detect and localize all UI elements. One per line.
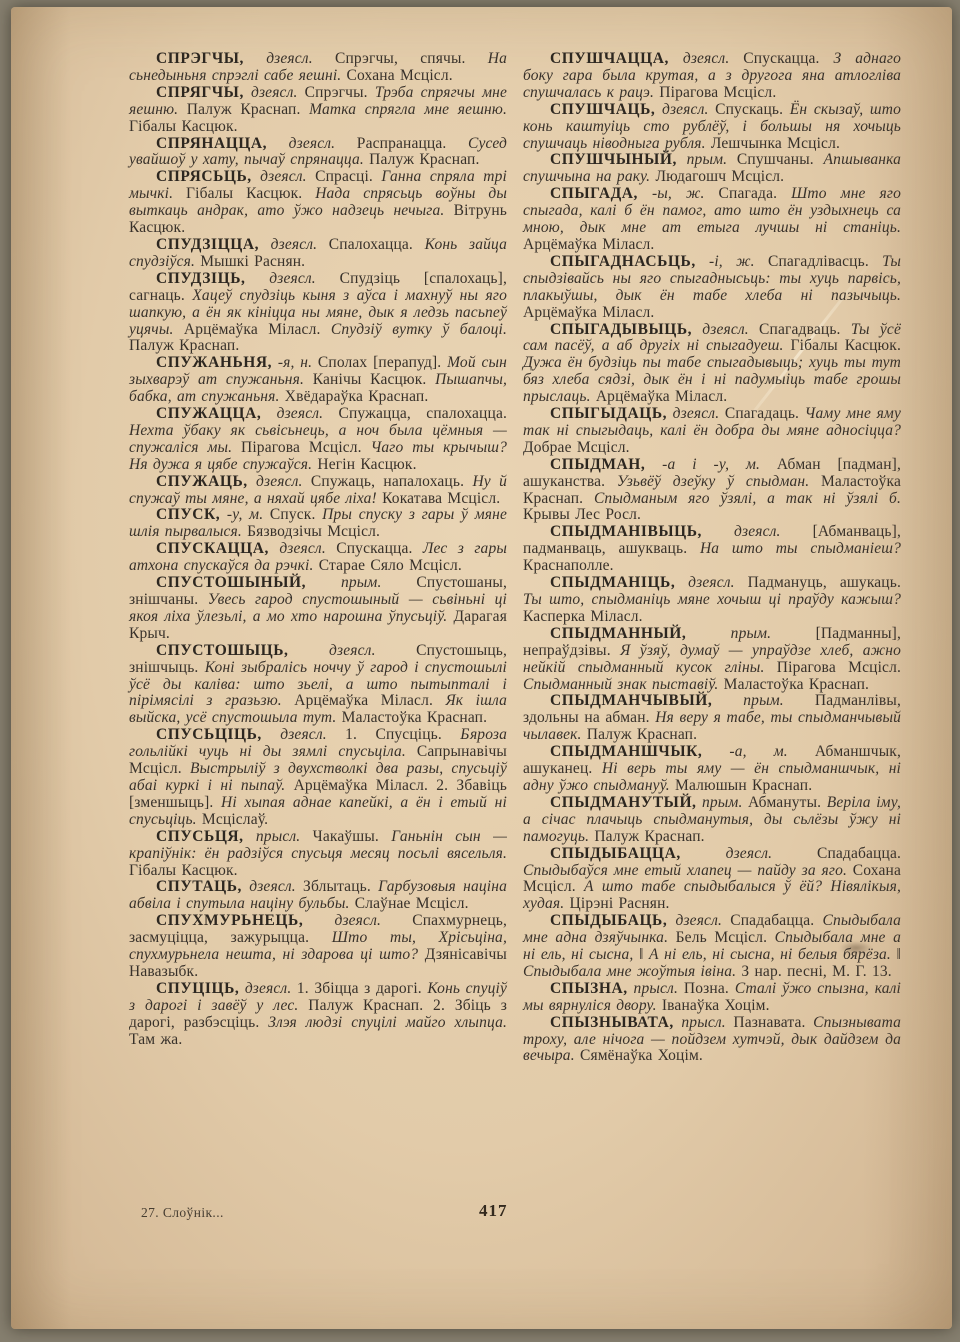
headword: СПРЯСЬЦЬ, bbox=[156, 168, 252, 185]
column-left: СПРЭГЧЫ, дзеясл. Спрэгчы, спячы. На сьне… bbox=[129, 51, 507, 1065]
entry-text: Краснаполле. bbox=[523, 557, 614, 574]
entry-text: Малюшын Краснап. bbox=[670, 777, 812, 794]
footer-signature: 27. Слоўнік... bbox=[141, 1205, 224, 1221]
entry-text: Кокатава Мсцісл. bbox=[377, 490, 500, 507]
headword: СПЫДМАНШЧЫК, bbox=[550, 743, 702, 760]
headword: СПУЦІЦЬ, bbox=[156, 980, 239, 997]
entry-text: Чакаўшы. bbox=[300, 828, 391, 845]
entry-text: Спагадваць. bbox=[749, 321, 851, 338]
dictionary-entry: СПРЭГЧЫ, дзеясл. Спрэгчы, спячы. На сьне… bbox=[129, 51, 507, 85]
dictionary-entry: СПУДЗІЦЦА, дзеясл. Спалохацца. Конь зайц… bbox=[129, 237, 507, 271]
entry-text: Спагадаць. bbox=[719, 405, 804, 422]
dictionary-entry: СПУЖАНЬНЯ, -я, н. Сполах [перапуд]. Мой … bbox=[129, 355, 507, 406]
dictionary-entry: СПУШЧАЦЬ, дзеясл. Спускаць. Ён скызаў, ш… bbox=[523, 102, 901, 153]
dictionary-entry: СПЫГЫДАЦЬ, дзеясл. Спагадаць. Чаму мне я… bbox=[523, 406, 901, 457]
headword: СПЫДМАНІВЫЦЬ, bbox=[550, 523, 702, 540]
entry-italic-text: Матка спрягла мне яешню. bbox=[309, 101, 507, 118]
dictionary-entry: СПУСТОШЫЦЬ, дзеясл. Спустошыць, знішчыць… bbox=[129, 643, 507, 728]
entry-text: Людагошч Мсцісл. bbox=[650, 168, 784, 185]
entry-italic-text: дзеясл. bbox=[667, 912, 722, 929]
entry-text: Канічы Касцюк. bbox=[304, 371, 435, 388]
entry-italic-text: прысл. bbox=[628, 980, 678, 997]
entry-italic-text: дзеясл. bbox=[242, 878, 296, 895]
entry-italic-text: дзеясл. bbox=[239, 980, 291, 997]
dictionary-entry: СПЫДМАНУТЫЙ, прым. Абмануты. Веріла іму,… bbox=[523, 795, 901, 846]
entry-italic-text: Спыдыбаўся мне етый хлапец — пайду за яг… bbox=[523, 862, 847, 879]
entry-italic-text: -у, м. bbox=[220, 506, 263, 523]
entry-italic-text: дзеясл. bbox=[655, 101, 708, 118]
headword: СПЫДМАННЫЙ, bbox=[550, 625, 686, 642]
entry-text: Хвёдараўка Краснап. bbox=[280, 388, 429, 405]
dictionary-entry: СПРЯГЧЫ, дзеясл. Спрэгчы. Трэба спрягчы … bbox=[129, 85, 507, 136]
entry-italic-text: прысл. bbox=[244, 828, 301, 845]
dictionary-entry: СПУСЬЦІЦЬ, дзеясл. 1. Спусціць. Бяроза г… bbox=[129, 727, 507, 828]
headword: СПУДЗІЦЦА, bbox=[156, 236, 259, 253]
entry-text: 1. Спусціць. bbox=[327, 726, 461, 743]
entry-text: Падмануць, ашукаць. bbox=[735, 574, 901, 591]
entry-italic-text: прысл. bbox=[674, 1014, 726, 1031]
headword: СПУСЬЦЯ, bbox=[156, 828, 244, 845]
entry-text: Спускацца. bbox=[326, 540, 423, 557]
page-content: СПРЭГЧЫ, дзеясл. Спрэгчы, спячы. На сьне… bbox=[129, 51, 901, 1065]
entry-italic-text: дзеясл. bbox=[244, 84, 298, 101]
entry-italic-text: дзеясл. bbox=[303, 912, 381, 929]
dictionary-entry: СПУЖАЦЦА, дзеясл. Спужацца, спалохацца. … bbox=[129, 406, 507, 474]
dictionary-entry: СПРЯСЬЦЬ, дзеясл. Спрасці. Ганна спряла … bbox=[129, 169, 507, 237]
dictionary-entry: СПРЯНАЦЦА, дзеясл. Распранацца. Сусед ув… bbox=[129, 136, 507, 170]
entry-text: Бель Мсцісл. bbox=[668, 929, 775, 946]
dictionary-entry: СПУЖАЦЬ, дзеясл. Спужаць, напалохаць. Ну… bbox=[129, 474, 507, 508]
headword: СПУДЗІЦЬ, bbox=[156, 270, 245, 287]
entry-italic-text: -ы, ж. bbox=[638, 185, 705, 202]
dictionary-entry: СПЫДЫБАЦЦА, дзеясл. Спадабацца. Спыдыбаў… bbox=[523, 846, 901, 914]
entry-text: Арцёмаўка Міласл. bbox=[523, 304, 654, 321]
column-right: СПУШЧАЦЦА, дзеясл. Спускацца. З аднаго б… bbox=[523, 51, 901, 1065]
headword: СПЫЗНА, bbox=[550, 980, 628, 997]
headword: СПРЭГЧЫ, bbox=[156, 50, 244, 67]
entry-italic-text: -я, н. bbox=[272, 354, 312, 371]
entry-text: Гібалы Касцюк. bbox=[784, 337, 901, 354]
headword: СПЫЗНЫВАТА, bbox=[550, 1014, 674, 1031]
entry-italic-text: дзеясл. bbox=[702, 523, 781, 540]
headword: СПРЯГЧЫ, bbox=[156, 84, 244, 101]
entry-text: Сохана Мсцісл. bbox=[341, 67, 452, 84]
headword: СПЫДМАНІЦЬ, bbox=[550, 574, 675, 591]
entry-text: Гібалы Касцюк. bbox=[129, 118, 238, 135]
entry-italic-text: -і, ж. bbox=[696, 253, 755, 270]
entry-italic-text: -а, м. bbox=[702, 743, 787, 760]
entry-italic-text: прым. bbox=[677, 151, 727, 168]
dictionary-entry: СПУШЧАЦЦА, дзеясл. Спускацца. З аднаго б… bbox=[523, 51, 901, 102]
entry-italic-text: прым. bbox=[686, 625, 771, 642]
dictionary-entry: СПУЦІЦЬ, дзеясл. 1. Збіцца з дарогі. Кон… bbox=[129, 981, 507, 1049]
headword: СПЫГАДА, bbox=[550, 185, 638, 202]
dictionary-entry: СПЫЗНА, прысл. Позна. Сталі ўжо спызна, … bbox=[523, 981, 901, 1015]
dictionary-entry: СПЫГАДА, -ы, ж. Спагада. Што мне яго спы… bbox=[523, 186, 901, 254]
entry-text: Спрэгчы, спячы. bbox=[313, 50, 488, 67]
dictionary-entry: СПУСТОШЫНЫЙ, прым. Спустошаны, знішчаны.… bbox=[129, 575, 507, 643]
dictionary-entry: СПЫДМАНШЧЫК, -а, м. Абманшчык, ашуканец.… bbox=[523, 744, 901, 795]
entry-italic-text: дзеясл. bbox=[667, 405, 719, 422]
headword: СПУСТОШЫЦЬ, bbox=[156, 642, 288, 659]
entry-text: Спуск. bbox=[263, 506, 322, 523]
entry-italic-text: дзеясл. bbox=[259, 236, 317, 253]
entry-text: Спалохацца. bbox=[317, 236, 424, 253]
headword: СПУШЧАЦЬ, bbox=[550, 101, 655, 118]
entry-text: Спушчаны. bbox=[727, 151, 823, 168]
entry-text: Палуж Краснап. bbox=[589, 828, 705, 845]
entry-italic-text: дзеясл. bbox=[245, 270, 315, 287]
headword: СПУСКАЦЦА, bbox=[156, 540, 269, 557]
entry-italic-text: Спудзіў вутку ў балоці. bbox=[331, 321, 507, 338]
entry-italic-text: дзеясл. bbox=[248, 473, 303, 490]
entry-text: Пірагова Мсцісл. bbox=[764, 659, 901, 676]
entry-italic-text: дзеясл. bbox=[288, 642, 375, 659]
entry-italic-text: дзеясл. bbox=[267, 135, 335, 152]
dictionary-entry: СПУТАЦЬ, дзеясл. Зблытаць. Гарбузовыя на… bbox=[129, 879, 507, 913]
headword: СПЫДМАНУТЫЙ, bbox=[550, 794, 696, 811]
headword: СПУЖАЦЬ, bbox=[156, 473, 248, 490]
headword: СПЫДЫБАЦЦА, bbox=[550, 845, 681, 862]
entry-text: Арцёмаўка Міласл. bbox=[591, 388, 728, 405]
entry-text: 1. Збіцца з дарогі. bbox=[291, 980, 427, 997]
entry-text: Цірэні Раснян. bbox=[564, 895, 669, 912]
dictionary-entry: СПУСЬЦЯ, прысл. Чакаўшы. Ганьнін сын — к… bbox=[129, 829, 507, 880]
entry-text: Палуж Краснап. bbox=[178, 101, 309, 118]
dictionary-entry: СПУСКАЦЦА, дзеясл. Спускацца. Лес з гары… bbox=[129, 541, 507, 575]
entry-italic-text: Ты што, спыдманіць мяне хочыш ці праўду … bbox=[523, 591, 901, 608]
dictionary-entry: СПУСК, -у, м. Спуск. Пры спуску з гары ў… bbox=[129, 507, 507, 541]
entry-text: Мсціслаў. bbox=[197, 811, 268, 828]
entry-text: Добрае Мсцісл. bbox=[523, 439, 630, 456]
headword: СПЫДМАНЧЫВЫЙ, bbox=[550, 692, 712, 709]
entry-text: Бязводзічы Мсцісл. bbox=[242, 523, 380, 540]
entry-text: Спадабацца. bbox=[772, 845, 901, 862]
page-footer: 27. Слоўнік... 417 bbox=[141, 1201, 901, 1225]
entry-italic-text: Спыдманный знак пыставіў. bbox=[523, 676, 718, 693]
entry-text: Іванаўка Хоцім. bbox=[657, 997, 770, 1014]
entry-italic-text: дзеясл. bbox=[669, 50, 729, 67]
entry-text: Палуж Краснап. bbox=[582, 726, 698, 743]
headword: СПУЖАНЬНЯ, bbox=[156, 354, 272, 371]
entry-italic-text: прым. bbox=[696, 794, 742, 811]
entry-italic-text: дзеясл. bbox=[692, 321, 749, 338]
headword: СПЫДЫБАЦЬ, bbox=[550, 912, 667, 929]
entry-text: Гібалы Касцюк. bbox=[129, 862, 238, 879]
entry-text: Маластоўка Краснап. bbox=[336, 709, 487, 726]
entry-text: Сполах [перапуд]. bbox=[312, 354, 447, 371]
page-number: 417 bbox=[479, 1201, 508, 1221]
entry-text: Касперка Міласл. bbox=[523, 608, 643, 625]
dictionary-entry: СПУХМУРЬНЕЦЬ, дзеясл. Спахмурнець, засму… bbox=[129, 913, 507, 981]
entry-text: Спужаць, напалохаць. bbox=[303, 473, 473, 490]
entry-text: Лешчынка Мсцісл. bbox=[706, 135, 840, 152]
entry-italic-text: дзеясл. bbox=[681, 845, 772, 862]
entry-text: Негін Касцюк. bbox=[312, 456, 416, 473]
entry-italic-text: дзеясл. bbox=[261, 405, 323, 422]
entry-text: Распранацца. bbox=[335, 135, 468, 152]
dictionary-entry: СПЫДЫБАЦЬ, дзеясл. Спадабацца. Спыдыбала… bbox=[523, 913, 901, 981]
dictionary-entry: СПЫДМАНІВЫЦЬ, дзеясл. [Абманваць], падма… bbox=[523, 524, 901, 575]
dictionary-entry: СПЫДМАНІЦЬ, дзеясл. Падмануць, ашукаць. … bbox=[523, 575, 901, 626]
headword: СПЫДМАН, bbox=[550, 456, 645, 473]
entry-italic-text: дзеясл. bbox=[675, 574, 734, 591]
entry-text: Пірагова Мсцісл. bbox=[654, 84, 776, 101]
dictionary-entry: СПЫЗНЫВАТА, прысл. Пазнавата. Спызнывата… bbox=[523, 1015, 901, 1066]
entry-italic-text: Злэя людзі спуцілі майго хлыпца. bbox=[268, 1014, 507, 1031]
entry-text: Слаўнае Мсцісл. bbox=[350, 895, 469, 912]
entry-italic-text: На што ты спыдманіеш? bbox=[700, 540, 901, 557]
entry-text: Палуж Краснап. bbox=[364, 151, 480, 168]
entry-text: Там жа. bbox=[129, 1031, 182, 1048]
dictionary-entry: СПЫГАДНАСЬЦЬ, -і, ж. Спагадлівасць. Ты с… bbox=[523, 254, 901, 322]
entry-text: Спускаць. bbox=[709, 101, 790, 118]
entry-italic-text: Узьвёў дзеўку ў спыдман. bbox=[617, 473, 809, 490]
entry-text: Арцёмаўка Міласл. bbox=[282, 692, 446, 709]
entry-text: Маластоўка Краснап. bbox=[718, 676, 869, 693]
entry-italic-text: Спыдманым яго ўзялі, а так ні ўзялі б. bbox=[594, 490, 901, 507]
headword: СПУТАЦЬ, bbox=[156, 878, 242, 895]
headword: СПУХМУРЬНЕЦЬ, bbox=[156, 912, 303, 929]
entry-text: Спужацца, спалохацца. bbox=[323, 405, 507, 422]
entry-text: Спадабацца. bbox=[722, 912, 822, 929]
entry-text: Арцёмаўка Міласл. bbox=[523, 236, 654, 253]
entry-italic-text: прым. bbox=[712, 692, 784, 709]
entry-text: Спрэгчы. bbox=[298, 84, 375, 101]
headword: СПУЖАЦЦА, bbox=[156, 405, 261, 422]
entry-text: Крывы Лес Росл. bbox=[523, 506, 641, 523]
dictionary-entry: СПУДЗІЦЬ, дзеясл. Спудзіць [спалохаць], … bbox=[129, 271, 507, 356]
scanned-dictionary-page: СПРЭГЧЫ, дзеясл. Спрэгчы, спячы. На сьне… bbox=[11, 7, 952, 1329]
entry-text: Старае Сяло Мсцісл. bbox=[314, 557, 462, 574]
entry-text: Абмануты. bbox=[743, 794, 827, 811]
entry-italic-text: дзеясл. bbox=[269, 540, 326, 557]
headword: СПУСЬЦІЦЬ, bbox=[156, 726, 262, 743]
headword: СПУШЧЫНЫЙ, bbox=[550, 151, 677, 168]
dictionary-entry: СПЫДМАННЫЙ, прым. [Падманны], непраўдзів… bbox=[523, 626, 901, 694]
entry-text: Позна. bbox=[678, 980, 735, 997]
entry-text: Палуж Краснап. bbox=[129, 337, 239, 354]
headword: СПУСК, bbox=[156, 506, 220, 523]
entry-text: Спагада. bbox=[705, 185, 792, 202]
headword: СПЫГАДНАСЬЦЬ, bbox=[550, 253, 696, 270]
entry-italic-text: дзеясл. bbox=[252, 168, 307, 185]
entry-text: Гібалы Касцюк. bbox=[173, 185, 315, 202]
entry-italic-text: дзеясл. bbox=[262, 726, 327, 743]
entry-text: З нар. песні, М. Г. 13. bbox=[736, 963, 892, 980]
entry-italic-text: прым. bbox=[306, 574, 381, 591]
dictionary-entry: СПЫДМАНЧЫВЫЙ, прым. Падманлівы, здольны … bbox=[523, 693, 901, 744]
entry-text: Арцёмаўка Міласл. bbox=[174, 321, 331, 338]
entry-text: Сямёнаўка Хоцім. bbox=[575, 1047, 703, 1064]
entry-text: Пазнавата. bbox=[726, 1014, 813, 1031]
entry-text: Мышкі Раснян. bbox=[195, 253, 305, 270]
entry-italic-text: дзеясл. bbox=[244, 50, 313, 67]
entry-text: Спрасці. bbox=[307, 168, 382, 185]
entry-text: Пірагова Мсцісл. bbox=[232, 439, 370, 456]
headword: СПУШЧАЦЦА, bbox=[550, 50, 669, 67]
headword: СПЫГЫДАЦЬ, bbox=[550, 405, 667, 422]
dictionary-entry: СПЫДМАН, -а і -у, м. Абман [падман], ашу… bbox=[523, 457, 901, 525]
headword: СПУСТОШЫНЫЙ, bbox=[156, 574, 306, 591]
entry-text: Спускацца. bbox=[729, 50, 833, 67]
entry-text: Зблытаць. bbox=[296, 878, 378, 895]
entry-text: Спагадлівасць. bbox=[755, 253, 882, 270]
headword: СПРЯНАЦЦА, bbox=[156, 135, 267, 152]
headword: СПЫГАДЫВЫЦЬ, bbox=[550, 321, 692, 338]
dictionary-entry: СПЫГАДЫВЫЦЬ, дзеясл. Спагадваць. Ты ўсё … bbox=[523, 322, 901, 407]
dictionary-entry: СПУШЧЫНЫЙ, прым. Спушчаны. Апшыванка спу… bbox=[523, 152, 901, 186]
entry-italic-text: -а і -у, м. bbox=[645, 456, 760, 473]
